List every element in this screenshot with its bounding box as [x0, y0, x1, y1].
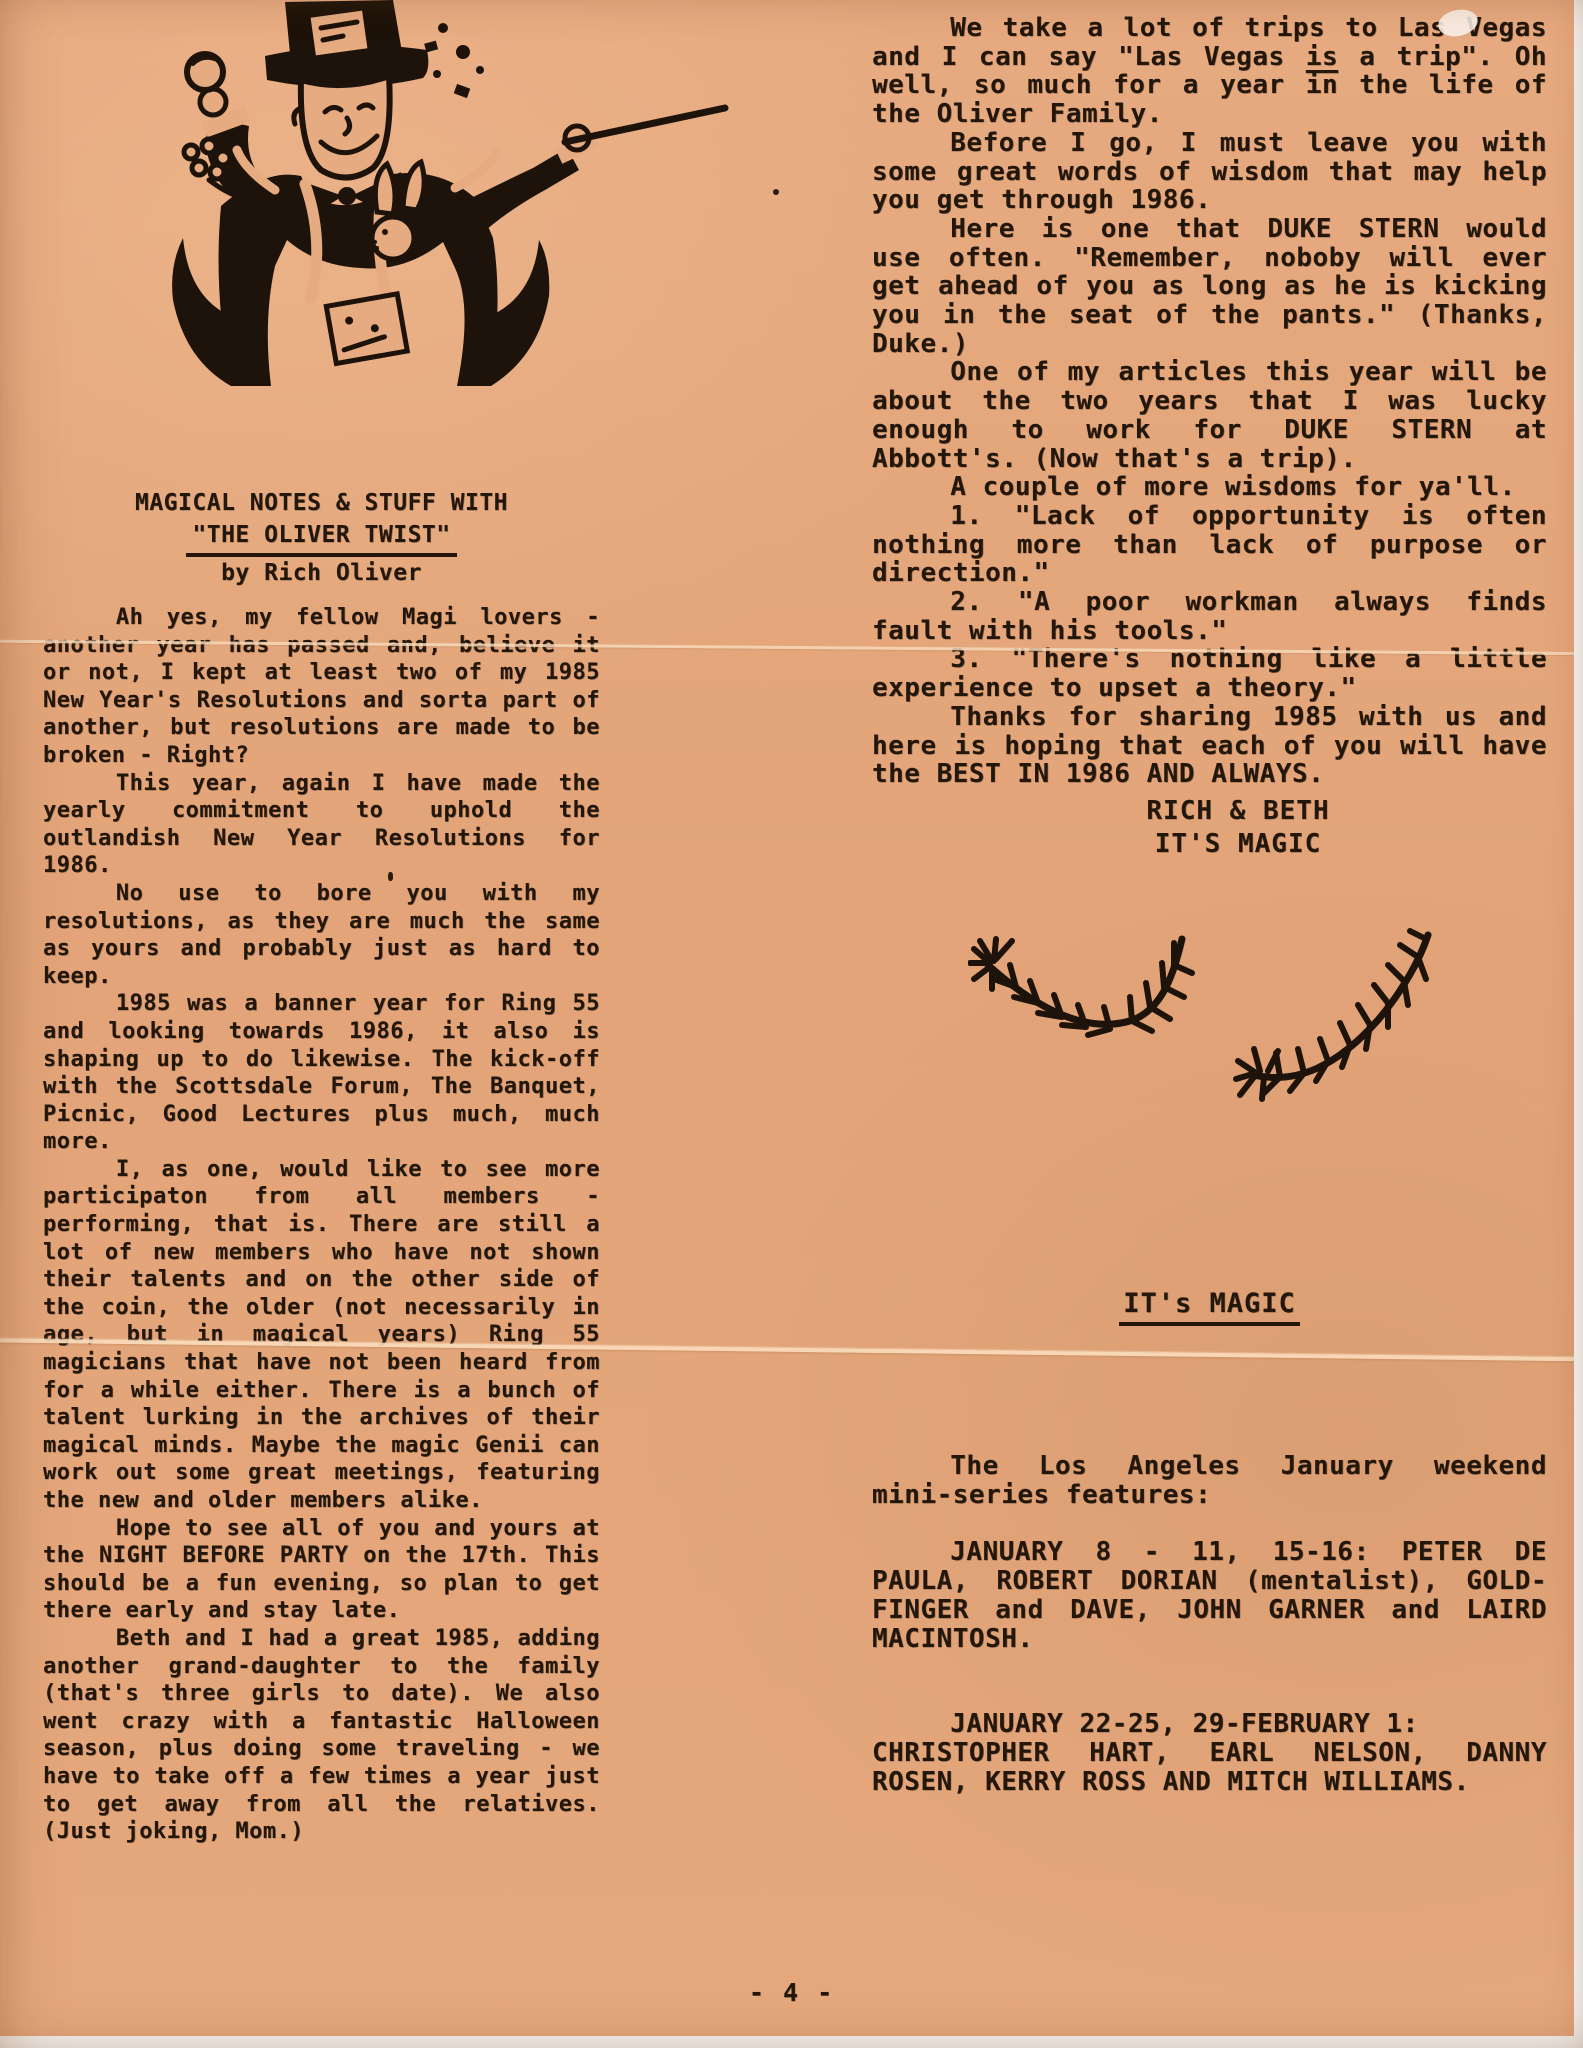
- article-byline: by Rich Oliver: [43, 557, 600, 589]
- paragraph: Here is one that DUKE STERN would use of…: [872, 215, 1547, 359]
- paragraph: 2. "A poor workman always finds fault wi…: [872, 588, 1547, 645]
- paragraph: Ah yes, my fellow Magi lovers - another …: [43, 604, 600, 770]
- paragraph: 1985 was a banner year for Ring 55 and l…: [43, 990, 600, 1156]
- paragraph: 1. "Lack of opportunity is often nothing…: [872, 502, 1547, 588]
- paragraph: Thanks for sharing 1985 with us and here…: [872, 703, 1547, 789]
- magician-illustration-icon: [125, 0, 765, 392]
- article-heading: MAGICAL NOTES & STUFF WITH "THE OLIVER T…: [43, 487, 600, 589]
- paragraph: JANUARY 22-25, 29-FEBRUARY 1:CHRISTOPHER…: [872, 1710, 1547, 1796]
- ink-speck: [773, 189, 779, 195]
- section-heading-text: IT's MAGIC: [1119, 1288, 1300, 1326]
- scan-edge: [0, 2036, 1583, 2048]
- page-number: - 4 -: [0, 1978, 1583, 2007]
- paragraph: Beth and I had a great 1985, adding anot…: [43, 1625, 600, 1846]
- article-heading-line1: MAGICAL NOTES & STUFF WITH: [43, 487, 600, 519]
- section-heading: IT's MAGIC: [872, 1288, 1547, 1326]
- laurel-decoration-icon: [968, 925, 1458, 1130]
- paragraph: A couple of more wisdoms for ya'll.: [872, 473, 1547, 502]
- paragraph: No use to bore you with my resolutions, …: [43, 880, 600, 990]
- paragraph: JANUARY 8 - 11, 15-16: PETER DE PAULA, R…: [872, 1538, 1547, 1653]
- paragraph: The Los Angeles January weekend mini-ser…: [872, 1452, 1547, 1509]
- paragraph: Before I go, I must leave you with some …: [872, 129, 1547, 215]
- paragraph: This year, again I have made the yearly …: [43, 770, 600, 880]
- paragraph: Hope to see all of you and yours at the …: [43, 1515, 600, 1625]
- signature-block: RICH & BETH IT'S MAGIC: [1093, 795, 1383, 861]
- paragraph: 3. "There's nothing like a little experi…: [872, 645, 1547, 702]
- paragraph: I, as one, would like to see more partic…: [43, 1156, 600, 1515]
- article-heading-line2: "THE OLIVER TWIST": [186, 519, 456, 557]
- signature-names: RICH & BETH: [1093, 795, 1383, 828]
- signature-title: IT'S MAGIC: [1093, 828, 1383, 861]
- paragraph: One of my articles this year will be abo…: [872, 358, 1547, 473]
- newsletter-page: MAGICAL NOTES & STUFF WITH "THE OLIVER T…: [0, 0, 1583, 2048]
- scan-edge: [1574, 0, 1583, 2048]
- left-column-body: Ah yes, my fellow Magi lovers - another …: [43, 604, 600, 1846]
- ink-speck: [388, 872, 393, 881]
- section-body: The Los Angeles January weekend mini-ser…: [872, 1452, 1547, 1796]
- right-column-body: We take a lot of trips to Las Vegas and …: [872, 14, 1547, 789]
